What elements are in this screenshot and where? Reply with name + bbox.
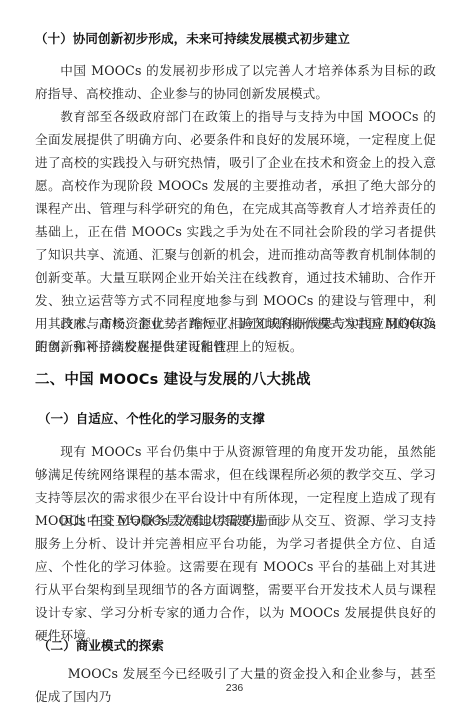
paragraph-adaptive-learning: 因此中国 MOOCs 发展迫切需要进一步从交互、资源、学习支持服务上分析、设计并…: [35, 509, 436, 647]
subsection-heading-1: （一）自适应、个性化的学习服务的支撑: [38, 409, 265, 427]
chapter-heading: 二、中国 MOOCs 建设与发展的八大挑战: [35, 368, 311, 389]
paragraph-collaborative-model: 中国 MOOCs 的发展初步形成了以完善人才培养体系为目标的政府指导、高校推动、…: [35, 59, 436, 105]
paragraph-cross-sector: 政府、高校、企业三者跨行业、跨区域的协作模式为中国 MOOCs 的创新和可持续发…: [35, 312, 436, 358]
subsection-heading-2: （二）商业模式的探索: [38, 636, 164, 654]
document-page: （十）协同创新初步形成，未来可持续发展模式初步建立 中国 MOOCs 的发展初步…: [0, 0, 469, 720]
section-heading-10: （十）协同创新初步形成，未来可持续发展模式初步建立: [35, 29, 350, 47]
page-number: 236: [0, 682, 469, 694]
